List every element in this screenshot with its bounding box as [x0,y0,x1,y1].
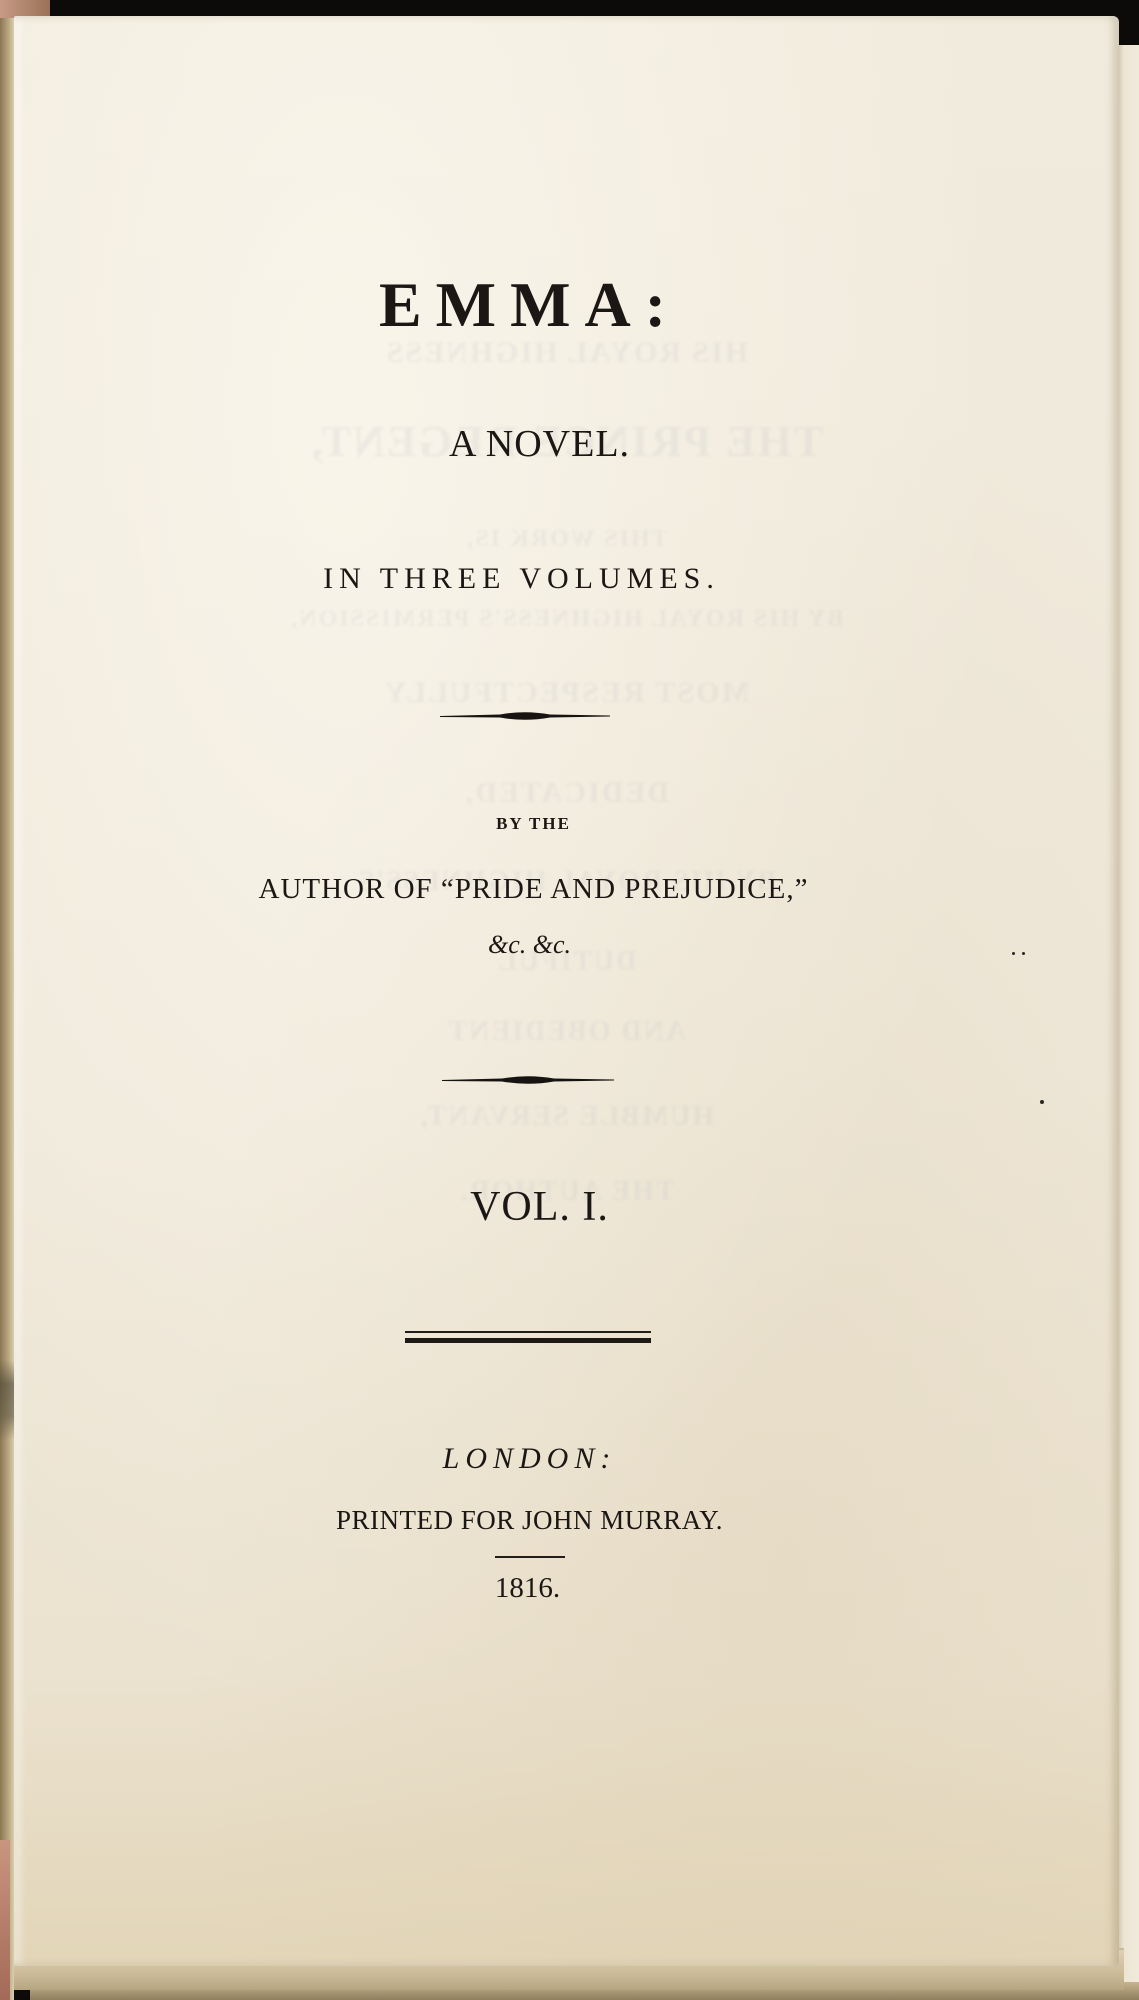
book-subtitle: A NOVEL. [0,422,1109,466]
paper-speck [1040,1100,1044,1104]
volume-number: VOL. I. [0,1183,1109,1231]
rule-thick [405,1338,651,1343]
byline-prefix: BY THE [0,814,1103,834]
showthrough-line: DEDICATED, [14,776,1119,810]
paper-speck [1012,952,1015,955]
binding-stain [0,1360,14,1440]
showthrough-line: MOST RESPECTFULLY [14,676,1119,710]
imprint-year: 1816. [0,1572,1097,1605]
showthrough-line: BY HIS ROYAL HIGHNESS'S PERMISSION, [14,606,1119,633]
byline-etc: &c. &c. [0,930,1099,960]
next-page-edge [1117,45,1139,1990]
book-title: EMMA: [0,268,1099,342]
double-rule [405,1331,651,1345]
imprint-publisher: PRINTED FOR JOHN MURRAY. [0,1505,1099,1536]
showthrough-line: HUMBLE SERVANT, [14,1101,1119,1133]
ornamental-rule [440,709,610,723]
binding-cloth [0,1840,10,2000]
showthrough-line: AND OBEDIENT [14,1016,1119,1048]
short-rule [495,1556,565,1558]
byline: AUTHOR OF “PRIDE AND PREJUDICE,” [0,873,1103,906]
paper-speck [1022,952,1025,955]
imprint-city: LONDON: [0,1442,1099,1476]
volumes-line: IN THREE VOLUMES. [0,562,1091,596]
rule-thin [405,1331,651,1333]
showthrough-line: THIS WORK IS, [14,526,1119,553]
ornamental-rule [442,1073,614,1087]
